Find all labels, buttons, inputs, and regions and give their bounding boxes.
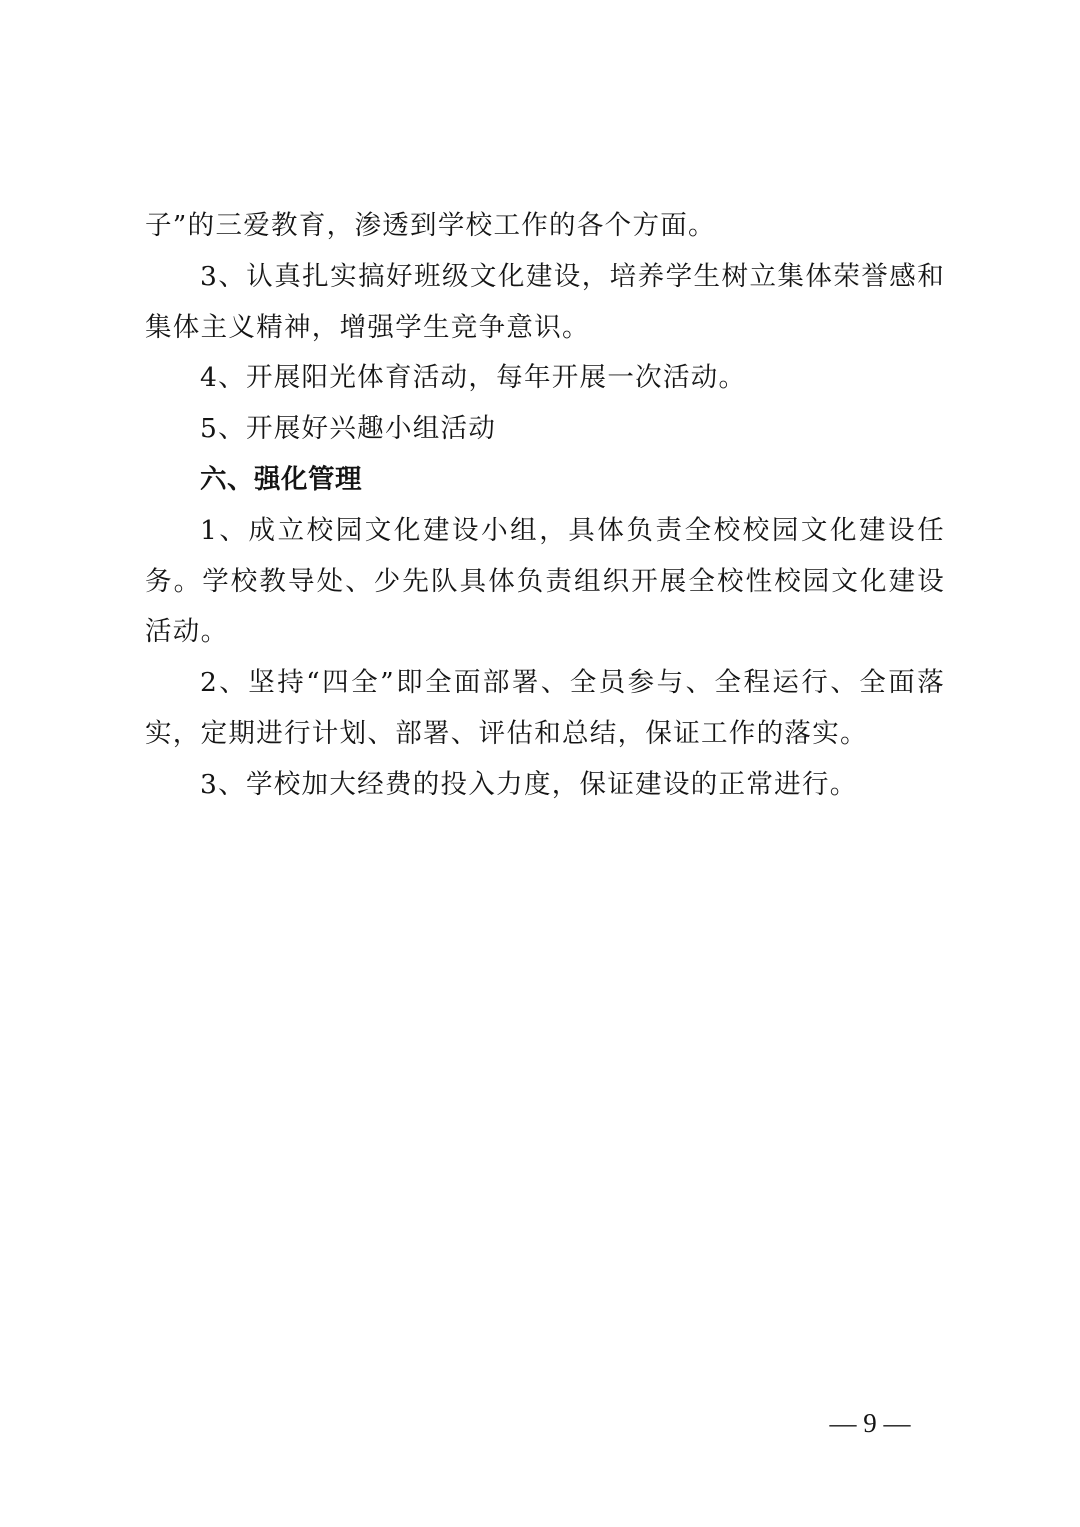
document-page: 子”的三爱教育，渗透到学校工作的各个方面。 3、认真扎实搞好班级文化建设，培养学… (0, 0, 1080, 1527)
paragraph-continuation: 子”的三爱教育，渗透到学校工作的各个方面。 (145, 201, 945, 252)
list-item-1-culture-team: 1、成立校园文化建设小组，具体负责全校校园文化建设任务。学校教导处、少先队具体负… (145, 506, 945, 658)
list-item-2-four-full: 2、坚持“四全”即全面部署、全员参与、全程运行、全面落实，定期进行计划、部署、评… (145, 658, 945, 760)
list-item-5-interest-groups: 5、开展好兴趣小组活动 (145, 404, 945, 455)
list-item-3-class-culture: 3、认真扎实搞好班级文化建设，培养学生树立集体荣誉感和集体主义精神，增强学生竞争… (145, 252, 945, 354)
section-heading: 六、强化管理 (145, 455, 945, 506)
list-item-4-sports: 4、开展阳光体育活动，每年开展一次活动。 (145, 353, 945, 404)
list-item-3-funding: 3、学校加大经费的投入力度，保证建设的正常进行。 (145, 760, 945, 811)
document-body: 子”的三爱教育，渗透到学校工作的各个方面。 3、认真扎实搞好班级文化建设，培养学… (145, 201, 945, 811)
page-number: — 9 — (820, 1408, 920, 1439)
